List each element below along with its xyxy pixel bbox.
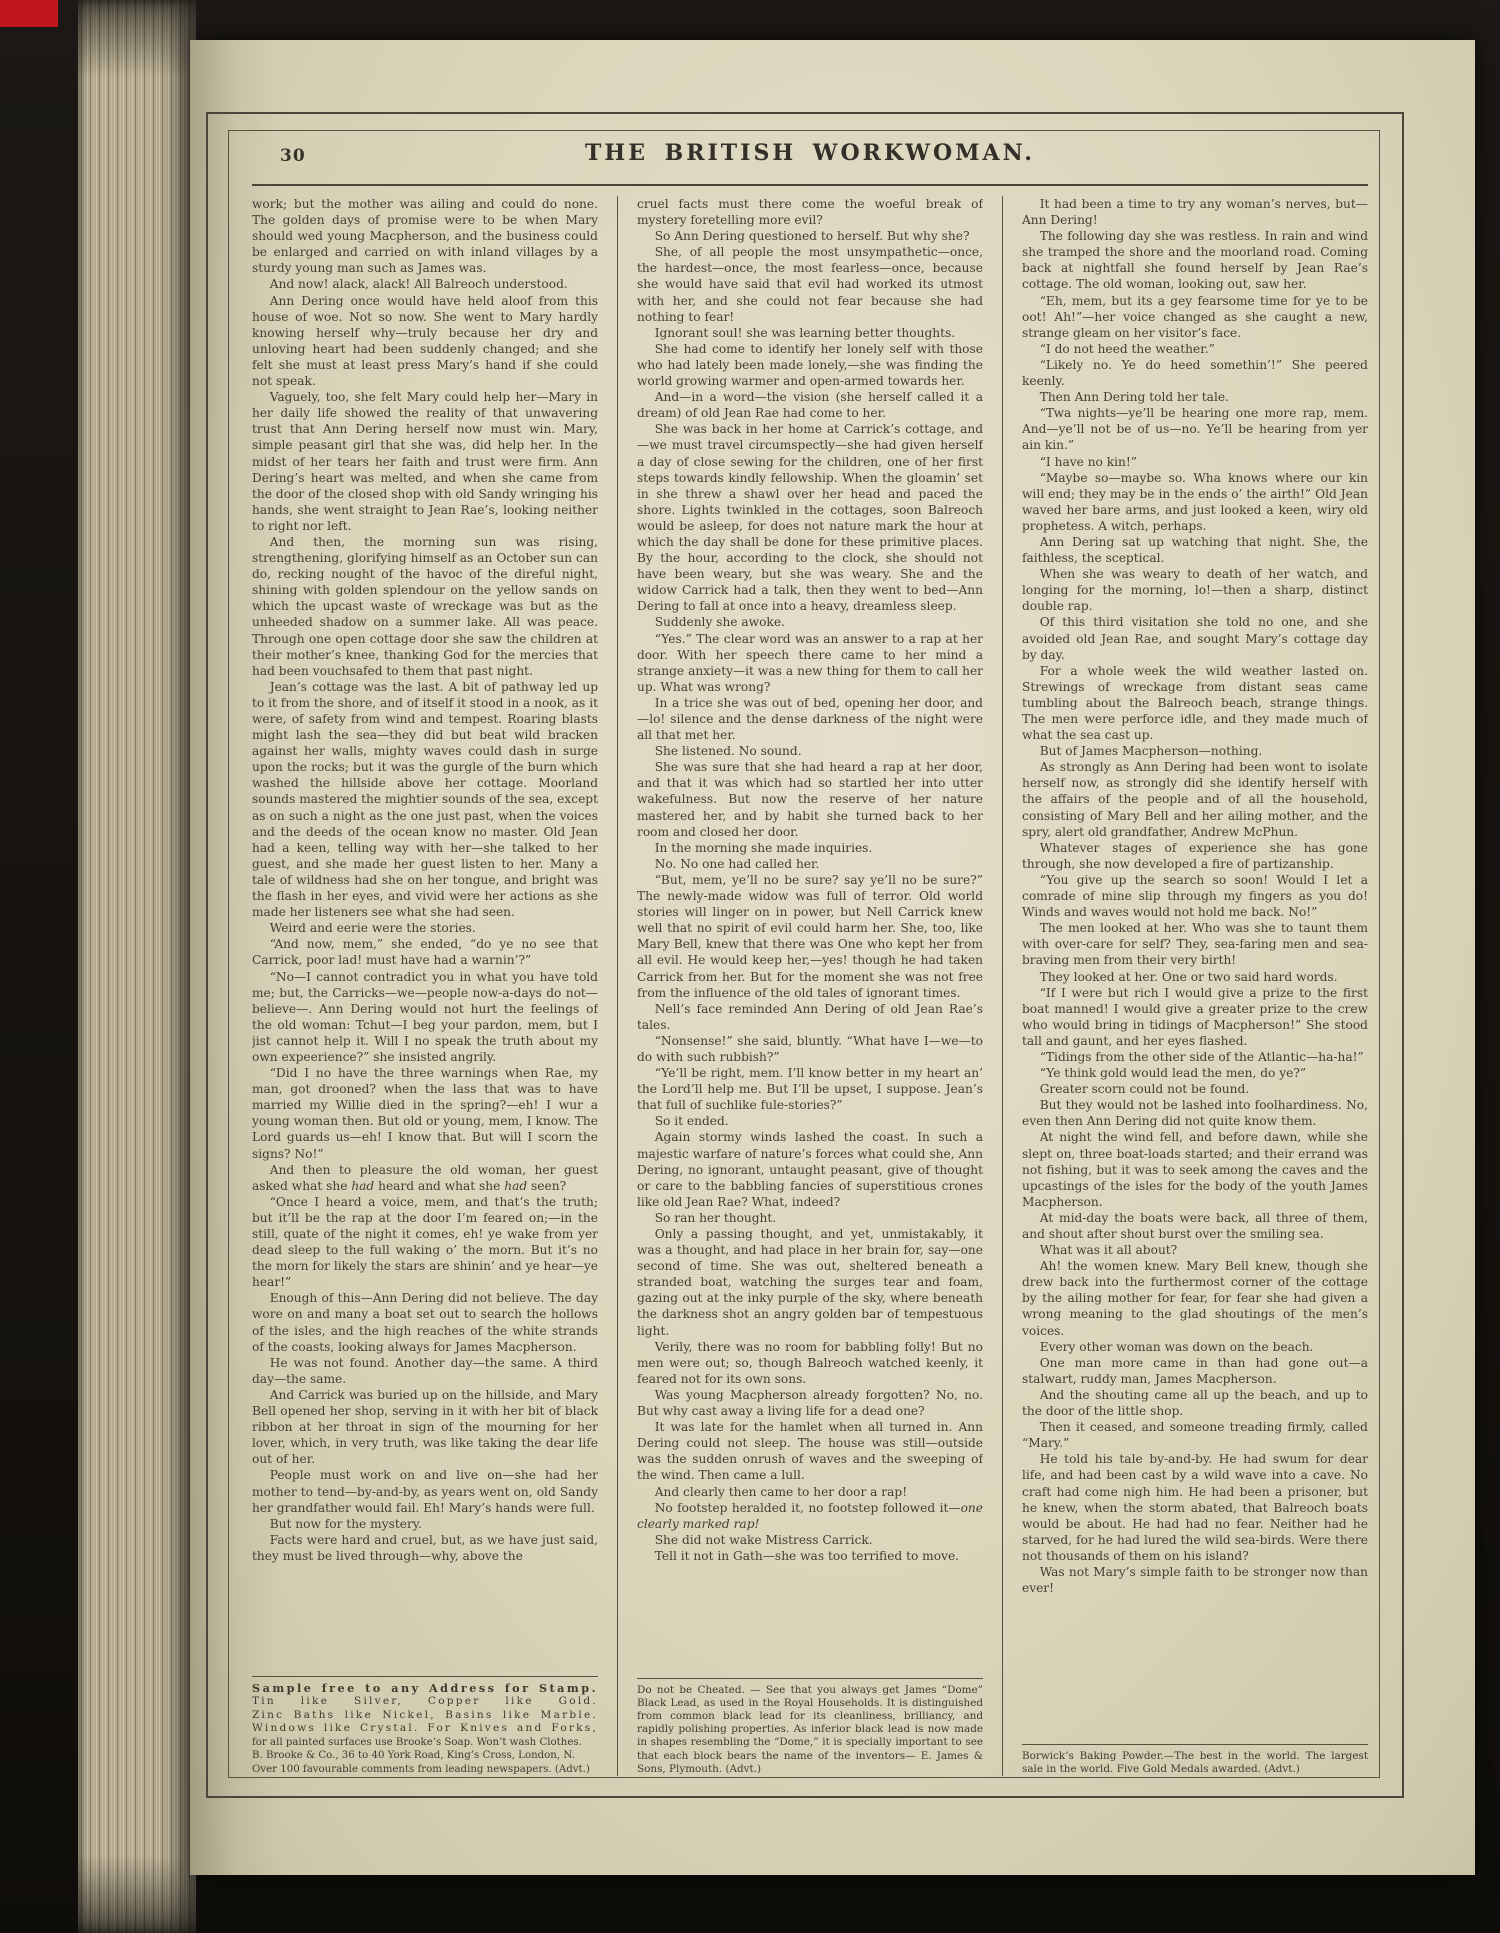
story-paragraph: So Ann Dering questioned to herself. But… — [637, 228, 983, 244]
story-paragraph: “Nonsense!” she said, bluntly. “What hav… — [637, 1033, 983, 1065]
story-paragraph: cruel facts must there come the woeful b… — [637, 196, 983, 228]
story-paragraph: “Did I no have the three warnings when R… — [252, 1065, 598, 1162]
advert-line: Over 100 favourable comments from leadin… — [252, 1763, 598, 1777]
story-paragraph: Weird and eerie were the stories. — [252, 920, 598, 936]
story-paragraph: “I do not heed the weather.” — [1022, 341, 1368, 357]
red-bookmark — [0, 0, 58, 27]
masthead: 30 THE BRITISH WORKWOMAN. — [252, 136, 1368, 180]
masthead-rule — [252, 184, 1368, 186]
story-paragraph: And—in a word—the vision (she herself ca… — [637, 389, 983, 421]
story-paragraph: Vaguely, too, she felt Mary could help h… — [252, 389, 598, 534]
column-2-text: cruel facts must there come the woeful b… — [637, 196, 983, 1564]
story-paragraph: When she was weary to death of her watch… — [1022, 566, 1368, 614]
story-paragraph: Greater scorn could not be found. — [1022, 1081, 1368, 1097]
story-paragraph: Nell’s face reminded Ann Dering of old J… — [637, 1001, 983, 1033]
story-paragraph: “But, mem, ye’ll no be sure? say ye’ll n… — [637, 872, 983, 1001]
advert-brookes-soap: Sample free to any Address for Stamp.Tin… — [252, 1676, 598, 1777]
story-paragraph: They looked at her. One or two said hard… — [1022, 969, 1368, 985]
column-2: cruel facts must there come the woeful b… — [617, 196, 983, 1776]
story-paragraph: Verily, there was no room for babbling f… — [637, 1339, 983, 1387]
story-paragraph: But now for the mystery. — [252, 1516, 598, 1532]
story-paragraph: Jean’s cottage was the last. A bit of pa… — [252, 679, 598, 920]
story-paragraph: “You give up the search so soon! Would I… — [1022, 872, 1368, 920]
story-paragraph: And now! alack, alack! All Balreoch unde… — [252, 276, 598, 292]
story-paragraph: Facts were hard and cruel, but, as we ha… — [252, 1532, 598, 1564]
story-paragraph: At night the wind fell, and before dawn,… — [1022, 1129, 1368, 1209]
story-paragraph: “If I were but rich I would give a prize… — [1022, 985, 1368, 1049]
story-paragraph: “I have no kin!” — [1022, 454, 1368, 470]
story-paragraph: So it ended. — [637, 1113, 983, 1129]
story-paragraph: But they would not be lashed into foolha… — [1022, 1097, 1368, 1129]
column-3-text: It had been a time to try any woman’s ne… — [1022, 196, 1368, 1596]
story-paragraph: He told his tale by-and-by. He had swum … — [1022, 1451, 1368, 1564]
book-scan-background: { "page": { "page_number": "30", "title"… — [0, 0, 1500, 1933]
column-spacer — [1022, 1596, 1368, 1743]
story-paragraph: The men looked at her. Who was she to ta… — [1022, 920, 1368, 968]
story-paragraph: “Ye think gold would lead the men, do ye… — [1022, 1065, 1368, 1081]
advert-borwicks-baking-powder: Borwick’s Baking Powder.—The best in the… — [1022, 1744, 1368, 1776]
story-paragraph: As strongly as Ann Dering had been wont … — [1022, 759, 1368, 839]
story-paragraph: In the morning she made inquiries. — [637, 840, 983, 856]
column-layout: work; but the mother was ailing and coul… — [252, 196, 1368, 1776]
story-paragraph: “Yes.” The clear word was an answer to a… — [637, 631, 983, 695]
story-paragraph: What was it all about? — [1022, 1242, 1368, 1258]
advert-line: Windows like Crystal. For Knives and For… — [252, 1722, 598, 1736]
story-paragraph: People must work on and live on—she had … — [252, 1467, 598, 1515]
advert-line: for all painted surfaces use Brooke’s So… — [252, 1736, 598, 1750]
advert-line: Sample free to any Address for Stamp. — [252, 1682, 598, 1696]
story-paragraph: But of James Macpherson—nothing. — [1022, 743, 1368, 759]
advert-james-dome-black-lead: Do not be Cheated. — See that you always… — [637, 1678, 983, 1776]
story-paragraph: She was sure that she had heard a rap at… — [637, 759, 983, 839]
story-paragraph: She listened. No sound. — [637, 743, 983, 759]
story-paragraph: And the shouting came all up the beach, … — [1022, 1387, 1368, 1419]
story-paragraph: One man more came in than had gone out—a… — [1022, 1355, 1368, 1387]
column-3: It had been a time to try any woman’s ne… — [1002, 196, 1368, 1776]
column-spacer — [637, 1564, 983, 1678]
story-paragraph: And then, the morning sun was rising, st… — [252, 534, 598, 679]
story-paragraph: And Carrick was buried up on the hillsid… — [252, 1387, 598, 1467]
story-paragraph: The following day she was restless. In r… — [1022, 228, 1368, 292]
story-paragraph: It was late for the hamlet when all turn… — [637, 1419, 983, 1483]
story-paragraph: work; but the mother was ailing and coul… — [252, 196, 598, 276]
story-paragraph: Every other woman was down on the beach. — [1022, 1339, 1368, 1355]
story-paragraph: Was young Macpherson already forgotten? … — [637, 1387, 983, 1419]
column-1: work; but the mother was ailing and coul… — [252, 196, 598, 1776]
story-paragraph: Then Ann Dering told her tale. — [1022, 389, 1368, 405]
story-paragraph: In a trice she was out of bed, opening h… — [637, 695, 983, 743]
page-title: THE BRITISH WORKWOMAN. — [252, 140, 1368, 166]
story-paragraph: So ran her thought. — [637, 1210, 983, 1226]
story-paragraph: At mid-day the boats were back, all thre… — [1022, 1210, 1368, 1242]
book-page-edges — [78, 0, 196, 1933]
story-paragraph: “No—I cannot contradict you in what you … — [252, 969, 598, 1066]
story-paragraph: Ah! the women knew. Mary Bell knew, thou… — [1022, 1258, 1368, 1338]
advert-line: B. Brooke & Co., 36 to 40 York Road, Kin… — [252, 1749, 598, 1763]
story-paragraph: She was back in her home at Carrick’s co… — [637, 421, 983, 614]
story-paragraph: She, of all people the most unsympatheti… — [637, 244, 983, 324]
story-paragraph: Was not Mary’s simple faith to be strong… — [1022, 1564, 1368, 1596]
story-paragraph: No footstep heralded it, no footstep fol… — [637, 1500, 983, 1532]
advert-line: Zinc Baths like Nickel, Basins like Marb… — [252, 1709, 598, 1723]
story-paragraph: He was not found. Another day—the same. … — [252, 1355, 598, 1387]
advert-text: Borwick’s Baking Powder.—The best in the… — [1022, 1750, 1368, 1776]
column-1-text: work; but the mother was ailing and coul… — [252, 196, 598, 1564]
story-paragraph: Tell it not in Gath—she was too terrifie… — [637, 1548, 983, 1564]
story-paragraph: Ann Dering sat up watching that night. S… — [1022, 534, 1368, 566]
story-paragraph: “And now, mem,” she ended, “do ye no see… — [252, 936, 598, 968]
story-paragraph: For a whole week the wild weather lasted… — [1022, 663, 1368, 743]
story-paragraph: Of this third visitation she told no one… — [1022, 614, 1368, 662]
story-paragraph: “Likely no. Ye do heed somethin’!” She p… — [1022, 357, 1368, 389]
story-paragraph: She did not wake Mistress Carrick. — [637, 1532, 983, 1548]
story-paragraph: Ann Dering once would have held aloof fr… — [252, 293, 598, 390]
advert-line: Tin like Silver, Copper like Gold. — [252, 1695, 598, 1709]
story-paragraph: And clearly then came to her door a rap! — [637, 1484, 983, 1500]
story-paragraph: She had come to identify her lonely self… — [637, 341, 983, 389]
story-paragraph: Whatever stages of experience she has go… — [1022, 840, 1368, 872]
story-paragraph: Then it ceased, and someone treading fir… — [1022, 1419, 1368, 1451]
story-paragraph: “Eh, mem, but its a gey fearsome time fo… — [1022, 293, 1368, 341]
story-paragraph: It had been a time to try any woman’s ne… — [1022, 196, 1368, 228]
story-paragraph: Only a passing thought, and yet, unmista… — [637, 1226, 983, 1339]
story-paragraph: And then to pleasure the old woman, her … — [252, 1162, 598, 1194]
story-paragraph: No. No one had called her. — [637, 856, 983, 872]
advert-text: Do not be Cheated. — See that you always… — [637, 1684, 983, 1776]
newspaper-page: 30 THE BRITISH WORKWOMAN. work; but the … — [190, 40, 1475, 1875]
story-paragraph: “Tidings from the other side of the Atla… — [1022, 1049, 1368, 1065]
story-paragraph: Ignorant soul! she was learning better t… — [637, 325, 983, 341]
story-paragraph: Again stormy winds lashed the coast. In … — [637, 1129, 983, 1209]
story-paragraph: “Twa nights—ye’ll be hearing one more ra… — [1022, 405, 1368, 453]
story-paragraph: Suddenly she awoke. — [637, 614, 983, 630]
story-paragraph: “Ye’ll be right, mem. I’ll know better i… — [637, 1065, 983, 1113]
column-spacer — [252, 1564, 598, 1676]
story-paragraph: Enough of this—Ann Dering did not believ… — [252, 1290, 598, 1354]
story-paragraph: “Once I heard a voice, mem, and that’s t… — [252, 1194, 598, 1291]
story-paragraph: “Maybe so—maybe so. Wha knows where our … — [1022, 470, 1368, 534]
